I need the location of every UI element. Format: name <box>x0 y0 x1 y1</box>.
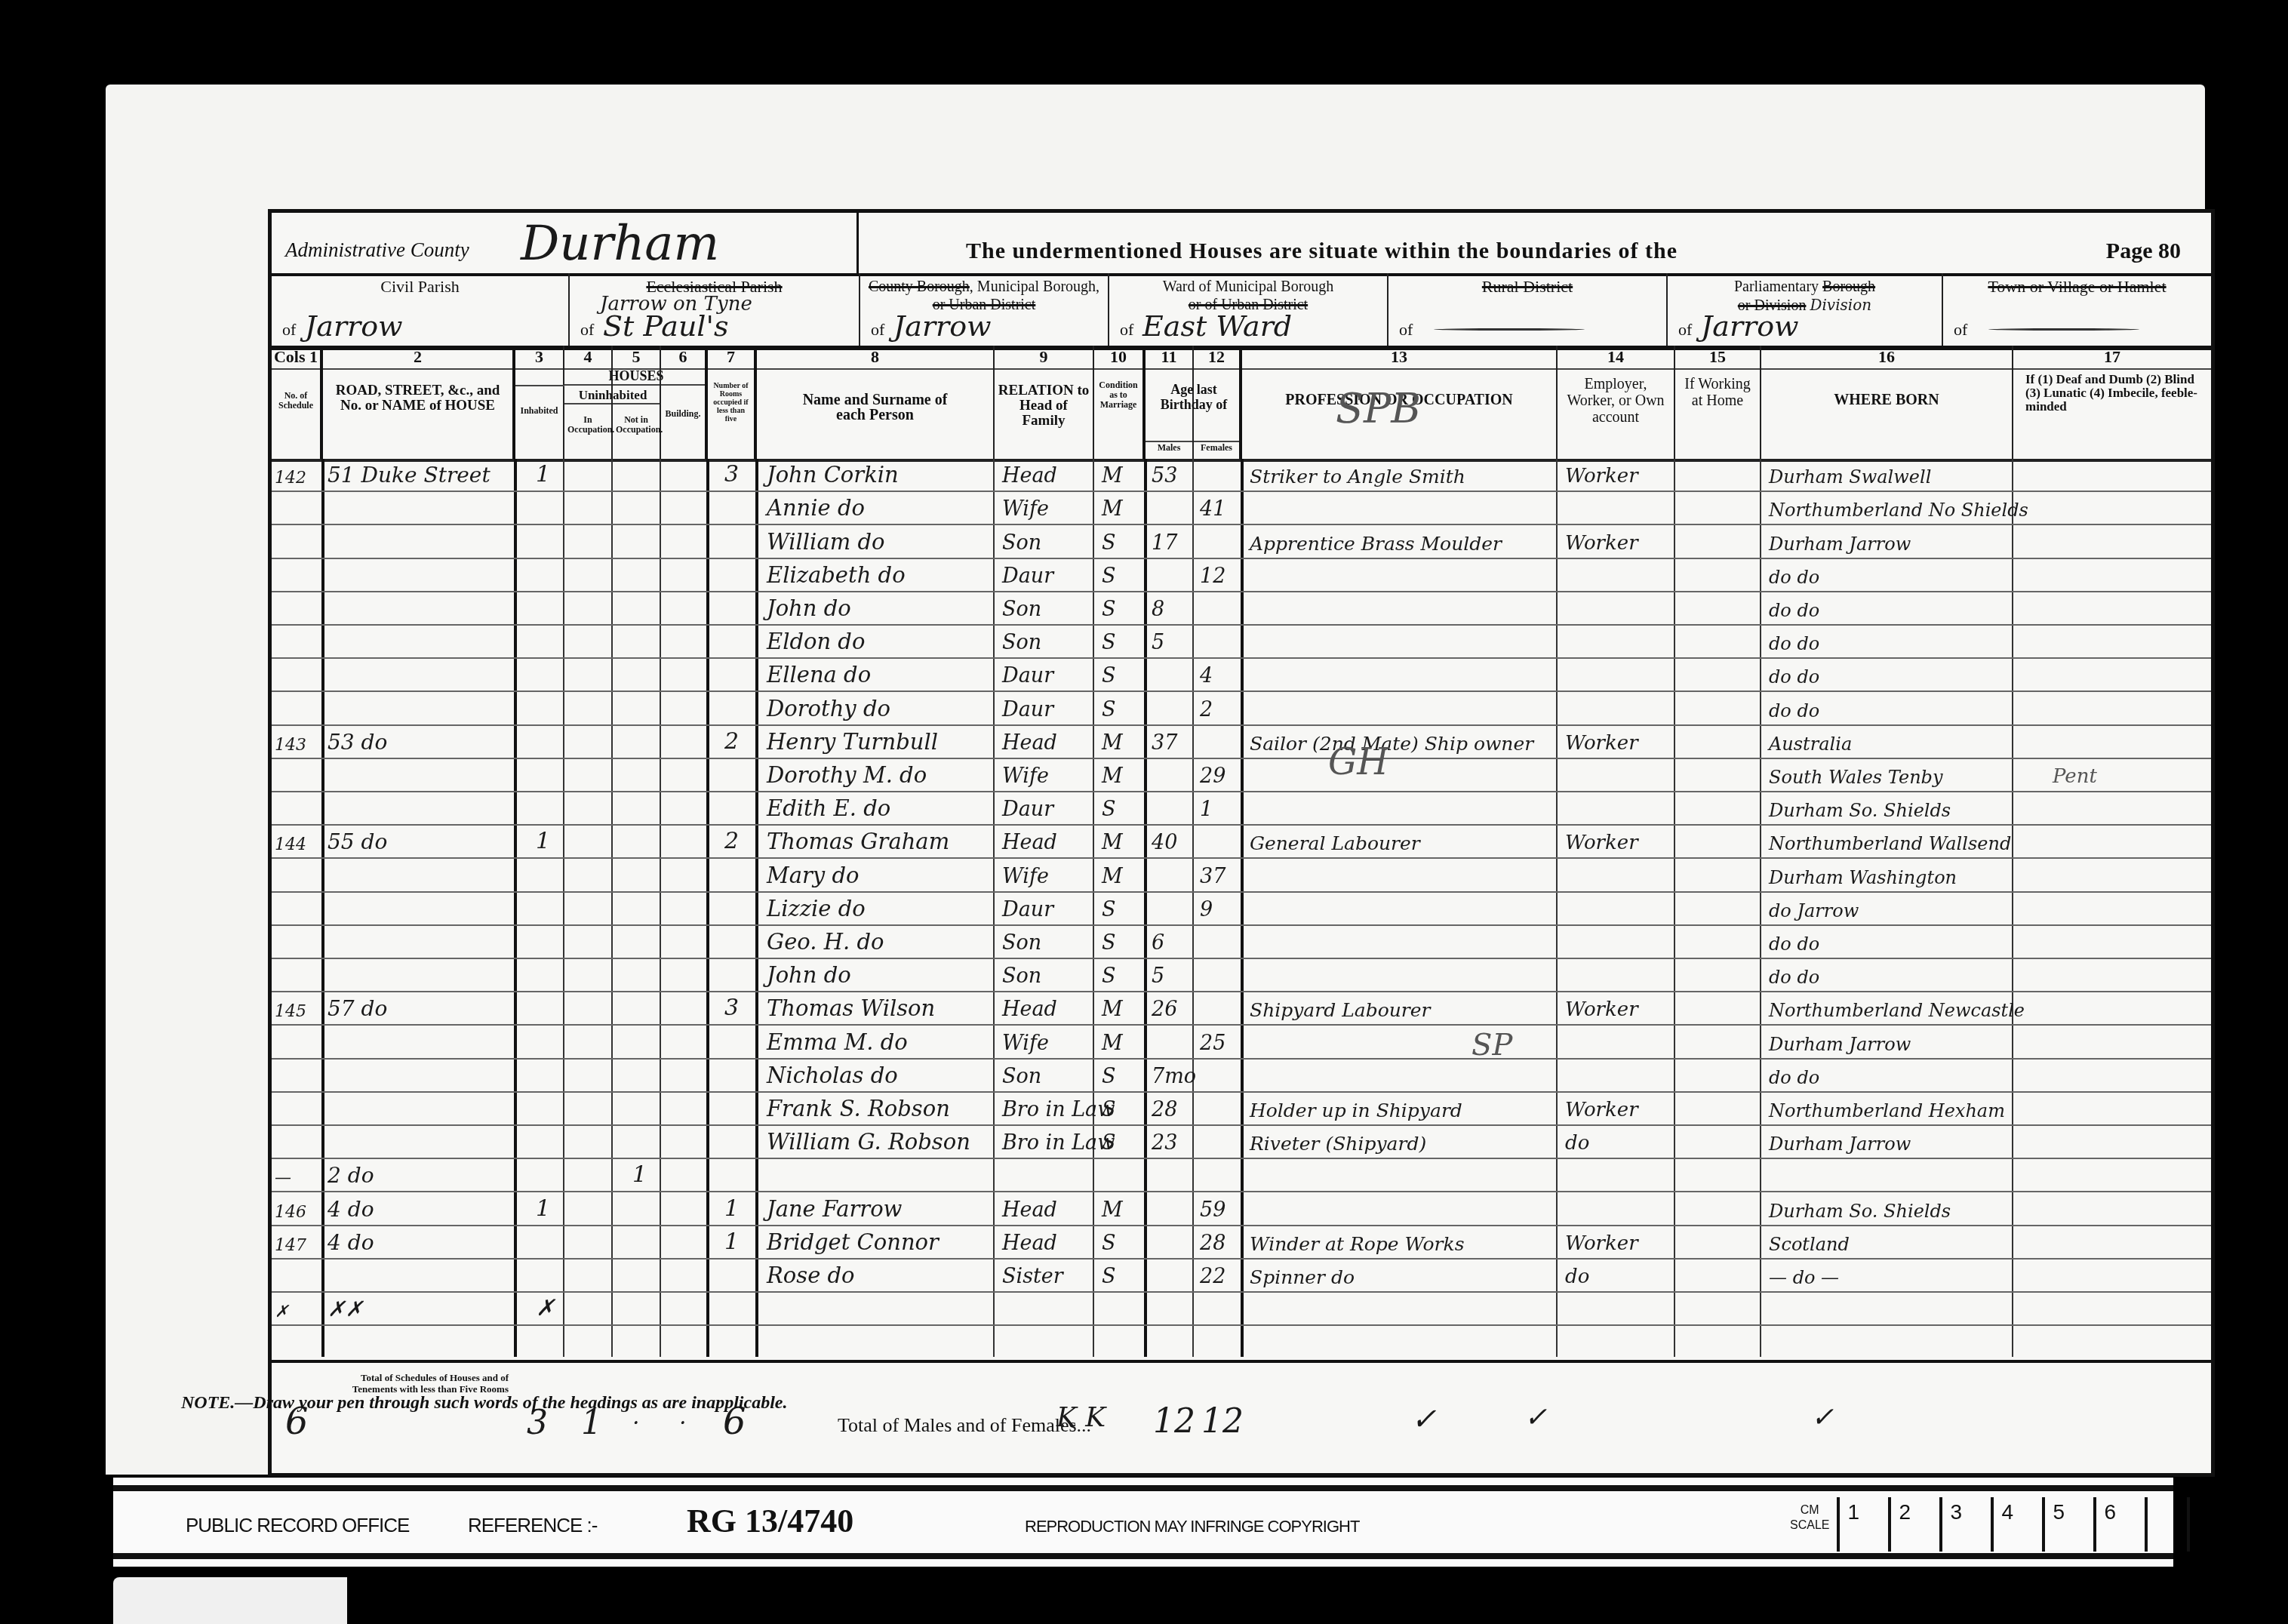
cell-condition: S <box>1102 564 1116 588</box>
cell-age-f: 22 <box>1200 1265 1225 1288</box>
cell-address: 57 do <box>328 996 387 1021</box>
municipal-borough-label: County Borough, Municipal Borough, or Ur… <box>860 278 1108 314</box>
cell-employer: Worker <box>1565 1232 1638 1255</box>
table-row: William G. RobsonBro in LawS23Riveter (S… <box>272 1126 2211 1159</box>
of-label: of <box>1678 320 1692 340</box>
cell-uninh-not: 1 <box>632 1161 647 1188</box>
table-row: 14353 do2Henry TurnbullHeadM37Sailor (2n… <box>272 726 2211 759</box>
cell-inhabited: ✗ <box>536 1295 555 1321</box>
cell-inhabited: 1 <box>536 461 550 488</box>
age-group-label: Age last Birthday of <box>1152 382 1236 412</box>
cell-condition: M <box>1102 865 1123 888</box>
cell-age-m: 8 <box>1152 598 1164 621</box>
town-label: Town or Village or Hamlet <box>1943 278 2211 296</box>
col-rooms: 7 Number of Rooms occupied if less than … <box>708 346 757 459</box>
col-building: 6 Building. <box>661 346 708 459</box>
table-row: ✗✗✗✗ <box>272 1293 2211 1326</box>
cell-address: ✗✗ <box>328 1296 363 1321</box>
cell-born: Durham So. Shields <box>1769 1201 1951 1222</box>
cell-age-m: 53 <box>1152 464 1177 488</box>
cell-relation: Daur <box>1002 664 1053 687</box>
males-females-label: Total of Males and of Females... <box>838 1414 1091 1437</box>
film-edge <box>113 1577 347 1624</box>
cell-relation: Son <box>1002 531 1041 555</box>
cell-born: do do <box>1769 600 1819 621</box>
col-employer: 14 Employer, Worker, or Own account <box>1558 346 1675 459</box>
footer-rule <box>113 1553 2173 1559</box>
col-infirmity: 17 If (1) Deaf and Dumb (2) Blind (3) Lu… <box>2013 346 2211 459</box>
cell-schedule: 147 <box>275 1236 306 1255</box>
col-inhabited: 3 Inhabited <box>515 346 564 459</box>
table-row: John doSonS5do do <box>272 959 2211 992</box>
cell-relation: Son <box>1002 1065 1041 1088</box>
total-females: 12 <box>1201 1402 1244 1441</box>
table-row: 14455 do12Thomas GrahamHeadM40General La… <box>272 826 2211 859</box>
cell-address: 51 Duke Street <box>328 463 491 488</box>
cell-born: South Wales Tenby <box>1769 767 1943 788</box>
scale-cell <box>2145 1497 2190 1552</box>
cell-schedule: ✗ <box>275 1303 288 1321</box>
cell-age-f: 9 <box>1200 898 1213 921</box>
area-header: Civil Parish of Jarrow Ecclesiastical Pa… <box>272 273 2211 350</box>
cell-relation: Daur <box>1002 898 1053 921</box>
scale-cell: 2 <box>1888 1497 1939 1552</box>
cell-relation: Son <box>1002 964 1041 988</box>
cell-born: Durham Jarrow <box>1769 534 1911 555</box>
cell-born: do do <box>1769 666 1819 687</box>
cell-condition: M <box>1102 764 1123 788</box>
parliamentary-cell: Parliamentary Borough or Division Divisi… <box>1668 273 1943 346</box>
cell-name: Thomas Graham <box>767 829 949 854</box>
cell-age-m: 5 <box>1152 964 1164 988</box>
cell-relation: Daur <box>1002 564 1053 588</box>
cell-born: do do <box>1769 700 1819 721</box>
census-form: Administrative County Durham The underme… <box>268 209 2215 1477</box>
cell-rooms: 2 <box>724 828 739 854</box>
col-schedule: Cols 1 No. of Schedule <box>272 346 323 459</box>
ecclesiastical-parish-cell: Ecclesiastical Parish Jarrow on Tyne of … <box>570 273 860 346</box>
cell-condition: S <box>1102 1098 1116 1121</box>
table-row: William doSonS17Apprentice Brass Moulder… <box>272 525 2211 558</box>
cell-condition: M <box>1102 731 1123 755</box>
ward-cell: Ward of Municipal Boroughor of Urban Dis… <box>1109 273 1388 346</box>
of-label: of <box>282 320 296 340</box>
cell-relation: Daur <box>1002 698 1053 721</box>
table-row: 1474 do1Bridget ConnorHeadS28Winder at R… <box>272 1226 2211 1260</box>
table-row: Geo. H. doSonS6do do <box>272 926 2211 959</box>
civil-parish-cell: Civil Parish of Jarrow <box>272 273 570 346</box>
cell-occupation: General Labourer <box>1250 832 1420 854</box>
cell-age-m: 5 <box>1152 631 1164 654</box>
cell-age-f: 25 <box>1200 1032 1225 1055</box>
table-row: Eldon doSonS5do do <box>272 626 2211 659</box>
table-row: Ellena doDaurS4do do <box>272 659 2211 692</box>
cell-relation: Head <box>1002 998 1057 1021</box>
table-row: Edith E. doDaurS1Durham So. Shields <box>272 792 2211 826</box>
cell-employer: Worker <box>1565 465 1638 488</box>
cell-born: Durham So. Shields <box>1769 800 1951 821</box>
scale-cell: 1 <box>1837 1497 1888 1552</box>
col-not-in-occupation: 5 Not in Occupation. <box>613 346 661 459</box>
col-road: 2 ROAD, STREET, &c., and No. or NAME of … <box>323 346 515 459</box>
cell-name: Emma M. do <box>767 1029 908 1055</box>
cell-rooms: 3 <box>724 995 739 1021</box>
table-row: John doSonS8do do <box>272 592 2211 626</box>
form-header: Administrative County Durham The underme… <box>272 213 2211 276</box>
cell-schedule: — <box>275 1169 291 1188</box>
cell-condition: M <box>1102 831 1123 854</box>
cell-relation: Head <box>1002 464 1057 488</box>
cell-relation: Head <box>1002 1232 1057 1255</box>
municipal-borough-cell: County Borough, Municipal Borough, or Ur… <box>860 273 1109 346</box>
cell-infirm: Pent <box>2053 765 2097 788</box>
cell-condition: M <box>1102 998 1123 1021</box>
cell-condition: S <box>1102 1065 1116 1088</box>
parliamentary-value: Jarrow <box>1701 309 1799 343</box>
cell-condition: S <box>1102 1232 1116 1255</box>
cell-employer: do <box>1565 1266 1589 1288</box>
administrative-county-value: Durham <box>521 216 719 272</box>
cell-employer: Worker <box>1565 998 1638 1021</box>
cell-occupation: Winder at Rope Works <box>1250 1233 1465 1255</box>
cell-address: 2 do <box>328 1163 374 1188</box>
cell-born: Durham Jarrow <box>1769 1034 1911 1055</box>
cell-employer: Worker <box>1565 732 1638 755</box>
cell-relation: Bro in Law <box>1002 1131 1115 1155</box>
col-relation: 9 RELATION to Head of Family <box>995 346 1094 459</box>
table-row: Annie doWifeM41Northumberland No Shields <box>272 492 2211 525</box>
cell-rooms: 1 <box>724 1195 739 1222</box>
col-name: 8 Name and Surname of each Person <box>757 346 995 459</box>
of-label: of <box>1399 320 1413 340</box>
cell-age-f: 12 <box>1200 564 1225 588</box>
cell-rooms: 3 <box>724 461 739 488</box>
cell-schedule: 146 <box>275 1203 306 1222</box>
table-row: Rose doSisterS22Spinner dodo— do — <box>272 1260 2211 1293</box>
footer-rule <box>113 1485 2173 1491</box>
cell-age-f: 29 <box>1200 764 1225 788</box>
cell-condition: M <box>1102 1198 1123 1222</box>
enumerator-mark: SP <box>1472 1028 1512 1063</box>
cell-age-m: 17 <box>1152 531 1177 555</box>
cell-age-f: 1 <box>1200 798 1213 821</box>
cell-name: Elizabeth do <box>767 562 906 588</box>
cell-inhabited: 1 <box>536 1195 550 1222</box>
cell-name: Mary do <box>767 863 859 888</box>
margin-mark: K K <box>1056 1402 1106 1433</box>
cell-age-f: 59 <box>1200 1198 1225 1222</box>
cell-condition: M <box>1102 497 1123 521</box>
cell-age-m: 6 <box>1152 931 1164 955</box>
cell-rooms: 1 <box>724 1229 739 1255</box>
cell-name: Rose do <box>767 1263 855 1288</box>
scale-cell: 4 <box>1991 1497 2042 1552</box>
cell-age-m: 23 <box>1152 1131 1177 1155</box>
cell-employer: do <box>1565 1132 1589 1155</box>
cell-schedule: 145 <box>275 1002 306 1021</box>
cell-relation: Head <box>1002 1198 1057 1222</box>
cell-born: do do <box>1769 633 1819 654</box>
table-row: —2 do1 <box>272 1159 2211 1192</box>
col-in-occupation: 4 In Occupation. <box>564 346 613 459</box>
cell-name: Edith E. do <box>767 795 890 821</box>
cell-rooms: 2 <box>724 728 739 755</box>
cell-condition: S <box>1102 798 1116 821</box>
administrative-county-box: Administrative County Durham <box>272 213 859 273</box>
enumerator-mark: GH <box>1328 741 1388 783</box>
cell-born: do do <box>1769 967 1819 988</box>
checkmark: ✓ <box>1524 1402 1547 1433</box>
cell-born: do do <box>1769 567 1819 588</box>
cell-age-m: 37 <box>1152 731 1177 755</box>
cell-name: Eldon do <box>767 629 865 654</box>
cell-born: Durham Washington <box>1769 867 1957 888</box>
table-row: Dorothy M. doWifeM29South Wales TenbyPen… <box>272 759 2211 792</box>
cell-address: 4 do <box>328 1230 374 1255</box>
table-row: 14557 do3Thomas WilsonHeadM26Shipyard La… <box>272 992 2211 1026</box>
table-row: Dorothy doDaurS2do do <box>272 692 2211 725</box>
cell-age-m: 7mo <box>1152 1065 1196 1088</box>
cell-relation: Son <box>1002 598 1041 621</box>
of-label: of <box>580 320 594 340</box>
cell-condition: S <box>1102 598 1116 621</box>
cell-occupation: Spinner do <box>1250 1266 1355 1288</box>
census-page: Administrative County Durham The underme… <box>106 85 2205 1475</box>
cell-relation: Wife <box>1002 764 1049 788</box>
totals-row: 6 Total of Schedules of Houses and of Te… <box>272 1360 2211 1476</box>
blank-dash <box>1434 328 1585 331</box>
cell-born: — do — <box>1769 1267 1839 1288</box>
table-row: 14251 Duke Street13John CorkinHeadM53Str… <box>272 459 2211 492</box>
cell-employer: Worker <box>1565 1099 1638 1121</box>
cell-schedule: 142 <box>275 469 306 488</box>
table-row: Elizabeth doDaurS12do do <box>272 559 2211 592</box>
cell-born: do do <box>1769 933 1819 955</box>
cell-age-f: 4 <box>1200 664 1213 687</box>
cell-name: John do <box>767 962 851 988</box>
cell-born: Northumberland Newcastle <box>1769 1000 2025 1021</box>
cell-name: William do <box>767 529 884 555</box>
col-working-home: 15 If Working at Home <box>1675 346 1761 459</box>
rural-district-label: Rural District <box>1388 278 1666 296</box>
col-where-born: 16 WHERE BORN <box>1761 346 2013 459</box>
cell-address: 4 do <box>328 1197 374 1222</box>
total-males: 12 <box>1153 1402 1195 1441</box>
scale-cell: 3 <box>1939 1497 1991 1552</box>
reference-value: RG 13/4740 <box>687 1502 853 1540</box>
cell-age-f: 37 <box>1200 865 1225 888</box>
cell-condition: S <box>1102 964 1116 988</box>
table-row: Lizzie doDaurS9do Jarrow <box>272 893 2211 926</box>
cell-occupation: Riveter (Shipyard) <box>1250 1133 1426 1155</box>
cell-name: Nicholas do <box>767 1063 898 1088</box>
cell-relation: Wife <box>1002 1032 1049 1055</box>
cell-name: Lizzie do <box>767 896 866 921</box>
table-row: Frank S. RobsonBro in LawS28Holder up in… <box>272 1093 2211 1126</box>
cell-occupation: Apprentice Brass Moulder <box>1250 533 1502 555</box>
cell-condition: S <box>1102 631 1116 654</box>
cell-name: Dorothy M. do <box>767 762 927 788</box>
cell-condition: M <box>1102 1032 1123 1055</box>
cell-name: Annie do <box>767 495 865 521</box>
cell-employer: Worker <box>1565 832 1638 854</box>
table-row: 1464 do11Jane FarrowHeadM59Durham So. Sh… <box>272 1192 2211 1226</box>
cell-age-m: 28 <box>1152 1098 1177 1121</box>
cell-born: Australia <box>1769 734 1852 755</box>
row-rule <box>272 1324 2211 1326</box>
cell-condition: S <box>1102 1131 1116 1155</box>
cell-occupation: Holder up in Shipyard <box>1250 1100 1462 1121</box>
cell-relation: Head <box>1002 831 1057 854</box>
checkmark: ✓ <box>1811 1402 1834 1433</box>
totals-checkmark: ✓ <box>1411 1402 1437 1437</box>
of-label: of <box>1954 320 1967 340</box>
cell-relation: Bro in Law <box>1002 1098 1115 1121</box>
cell-age-f: 2 <box>1200 698 1213 721</box>
cell-name: Frank S. Robson <box>767 1096 950 1121</box>
of-label: of <box>1120 320 1133 340</box>
cell-born: Durham Jarrow <box>1769 1133 1911 1155</box>
ward-label: Ward of Municipal Boroughor of Urban Dis… <box>1109 278 1387 314</box>
scale-cell: 6 <box>2093 1497 2145 1552</box>
form-note: NOTE.—Draw your pen through such words o… <box>181 1393 787 1413</box>
ecclesiastical-parish-value: St Paul's <box>603 309 728 343</box>
cell-name: Dorothy do <box>767 696 890 721</box>
enumerator-mark: SPB <box>1336 385 1421 432</box>
cell-born: Scotland <box>1769 1234 1850 1255</box>
cell-condition: S <box>1102 531 1116 555</box>
scale-label: CMSCALE <box>1790 1497 1829 1552</box>
cell-relation: Head <box>1002 731 1057 755</box>
cell-condition: S <box>1102 1265 1116 1288</box>
cell-relation: Son <box>1002 931 1041 955</box>
table-row: Mary doWifeM37Durham Washington <box>272 859 2211 892</box>
cell-age-f: 28 <box>1200 1232 1225 1255</box>
scale-cell: 5 <box>2042 1497 2093 1552</box>
administrative-county-label: Administrative County <box>285 238 469 262</box>
cell-name: Bridget Connor <box>767 1229 939 1255</box>
cell-name: Jane Farrow <box>767 1196 902 1222</box>
col-condition: 10 Condition as to Marriage <box>1094 346 1146 459</box>
page-number: Page 80 <box>2106 238 2181 264</box>
cell-address: 55 do <box>328 829 387 854</box>
civil-parish-value: Jarrow <box>305 309 403 343</box>
cell-born: Northumberland Hexham <box>1769 1100 2005 1121</box>
cell-born: Northumberland Wallsend <box>1769 833 2011 854</box>
cell-age-m: 26 <box>1152 998 1177 1021</box>
cell-age-f: 41 <box>1200 497 1225 521</box>
cell-employer: Worker <box>1565 532 1638 555</box>
cell-name: John do <box>767 595 851 621</box>
cell-born: do Jarrow <box>1769 900 1859 921</box>
cell-schedule: 143 <box>275 736 306 755</box>
blank-dash <box>1988 328 2139 331</box>
cell-born: Durham Swalwell <box>1769 466 1931 488</box>
ward-value: East Ward <box>1142 309 1292 343</box>
cell-relation: Wife <box>1002 865 1049 888</box>
cell-born: do do <box>1769 1067 1819 1088</box>
cell-occupation: Shipyard Labourer <box>1250 999 1431 1021</box>
cell-condition: S <box>1102 698 1116 721</box>
cell-name: Thomas Wilson <box>767 995 935 1021</box>
cell-condition: S <box>1102 664 1116 687</box>
cell-address: 53 do <box>328 730 387 755</box>
cell-relation: Wife <box>1002 497 1049 521</box>
rural-district-cell: Rural District of <box>1388 273 1668 346</box>
municipal-borough-value: Jarrow <box>893 309 992 343</box>
archive-footer: PUBLIC RECORD OFFICE REFERENCE :- RG 13/… <box>113 1478 2173 1567</box>
table-row: Emma M. doWifeM25Durham Jarrow <box>272 1026 2211 1059</box>
cell-condition: S <box>1102 931 1116 955</box>
cm-scale: CMSCALE 1 2 3 4 5 6 <box>1790 1497 2190 1552</box>
cell-occupation: Striker to Angle Smith <box>1250 466 1465 488</box>
table-row: Nicholas doSonS7modo do <box>272 1060 2211 1093</box>
cell-relation: Son <box>1002 631 1041 654</box>
town-cell: Town or Village or Hamlet of <box>1943 273 2211 346</box>
cell-name: John Corkin <box>767 462 899 488</box>
cell-relation: Sister <box>1002 1265 1063 1288</box>
cell-relation: Daur <box>1002 798 1053 821</box>
cell-age-m: 40 <box>1152 831 1177 854</box>
form-title: The undermentioned Houses are situate wi… <box>966 238 1678 264</box>
of-label: of <box>871 320 884 340</box>
cell-condition: M <box>1102 464 1123 488</box>
cell-name: Geo. H. do <box>767 929 884 955</box>
civil-parish-label: Civil Parish <box>272 278 568 296</box>
reference-label: REFERENCE :- <box>468 1514 597 1537</box>
cell-name: Henry Turnbull <box>767 729 938 755</box>
cell-inhabited: 1 <box>536 828 550 854</box>
cell-born: Northumberland No Shields <box>1769 500 2028 521</box>
cell-occupation: Sailor (2nd Mate) Ship owner <box>1250 733 1533 755</box>
cell-name: William G. Robson <box>767 1129 970 1155</box>
copyright-notice: REPRODUCTION MAY INFRINGE COPYRIGHT <box>1025 1517 1359 1536</box>
cell-condition: S <box>1102 898 1116 921</box>
cell-name: Ellena do <box>767 662 871 687</box>
record-office-label: PUBLIC RECORD OFFICE <box>186 1514 409 1537</box>
cell-schedule: 144 <box>275 835 306 854</box>
column-headers: Cols 1 No. of Schedule 2 ROAD, STREET, &… <box>272 346 2211 462</box>
houses-group-rule <box>515 368 564 386</box>
totals-label: Total of Schedules of Houses and of Tene… <box>328 1372 509 1395</box>
